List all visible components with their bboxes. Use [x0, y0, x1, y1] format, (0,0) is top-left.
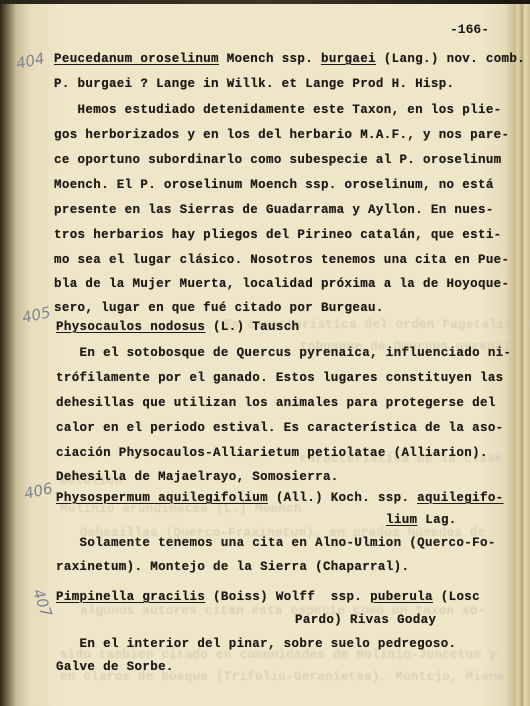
taxon-author: (Boiss) Wolff ssp.: [205, 590, 370, 604]
body-line: dehesillas que utilizan los animales par…: [56, 396, 496, 410]
entry-header-continuation: Pardo) Rivas Goday: [295, 613, 436, 627]
body-line: Moench. El P. oroselinum Moench ssp. oro…: [54, 178, 494, 192]
subspecies-name: lium: [386, 513, 417, 527]
taxon-rest: Pardo) Rivas Goday: [295, 613, 436, 627]
taxon-author: Moench ssp.: [219, 52, 321, 66]
body-line: calor en el periodo estival. Es caracter…: [56, 421, 504, 435]
page-number: -166-: [450, 22, 489, 37]
body-line: ce oportuno subordinarlo como subespecie…: [54, 153, 502, 167]
body-line: Hemos estudiado detenidamente este Taxon…: [54, 103, 502, 117]
body-line: mo sea el lugar clásico. Nosotros tenemo…: [54, 253, 509, 267]
body-line: gos herborizados y en los del herbario M…: [54, 128, 509, 142]
entry-header: Physocaulos nodosus (L.) Tausch: [56, 320, 299, 334]
taxon-name: Peucedanum oroselinum: [54, 52, 219, 66]
body-line: sero, lugar en que fué citado por Burgea…: [54, 301, 384, 315]
body-line: ciación Physocaulos-Alliarietum petiolat…: [56, 446, 488, 460]
taxon-rest: (Lang.) nov. comb.: [376, 52, 525, 66]
taxon-name: Physocaulos nodosus: [56, 320, 205, 334]
synonym-line: P. burgaei ? Lange in Willk. et Lange Pr…: [54, 77, 454, 91]
subspecies-name: aquilegifo-: [417, 491, 503, 505]
taxon-author: (All.) Koch. ssp.: [268, 491, 417, 505]
body-line: trófilamente por el ganado. Estos lugare…: [56, 371, 504, 385]
entry-header: Physospermum aquilegifolium (All.) Koch.…: [56, 491, 504, 505]
body-line: En el interior del pinar, sobre suelo pe…: [56, 637, 456, 651]
entry-header-continuation: lium Lag.: [386, 513, 457, 527]
subspecies-name: burgaei: [321, 52, 376, 66]
body-line: raxinetum). Montejo de la Sierra (Chapar…: [56, 560, 409, 574]
subspecies-name: puberula: [370, 590, 433, 604]
taxon-name: Physospermum aquilegifolium: [56, 491, 268, 505]
body-line: bla de la Mujer Muerta, localidad próxim…: [54, 277, 509, 291]
body-line: presente en las Sierras de Guadarrama y …: [54, 203, 494, 217]
taxon-author: (L.) Tausch: [205, 320, 299, 334]
taxon-rest: (Losc: [433, 590, 480, 604]
taxon-name: Pimpinella gracilis: [56, 590, 205, 604]
body-line: Solamente tenemos una cita en Alno-Ulmio…: [56, 536, 496, 550]
entry-header: Pimpinella gracilis (Boiss) Wolff ssp. p…: [56, 590, 480, 604]
taxon-rest: Lag.: [417, 513, 456, 527]
body-line: tros herbarios hay pliegos del Pirineo c…: [54, 228, 502, 242]
scan-top-edge: [0, 0, 530, 4]
body-line: Dehesilla de Majaelrayo, Somosierra.: [56, 470, 339, 484]
body-line: En el sotobosque de Quercus pyrenaica, i…: [56, 346, 511, 360]
entry-header: Peucedanum oroselinum Moench ssp. burgae…: [54, 52, 525, 66]
body-line: Galve de Sorbe.: [56, 660, 174, 674]
